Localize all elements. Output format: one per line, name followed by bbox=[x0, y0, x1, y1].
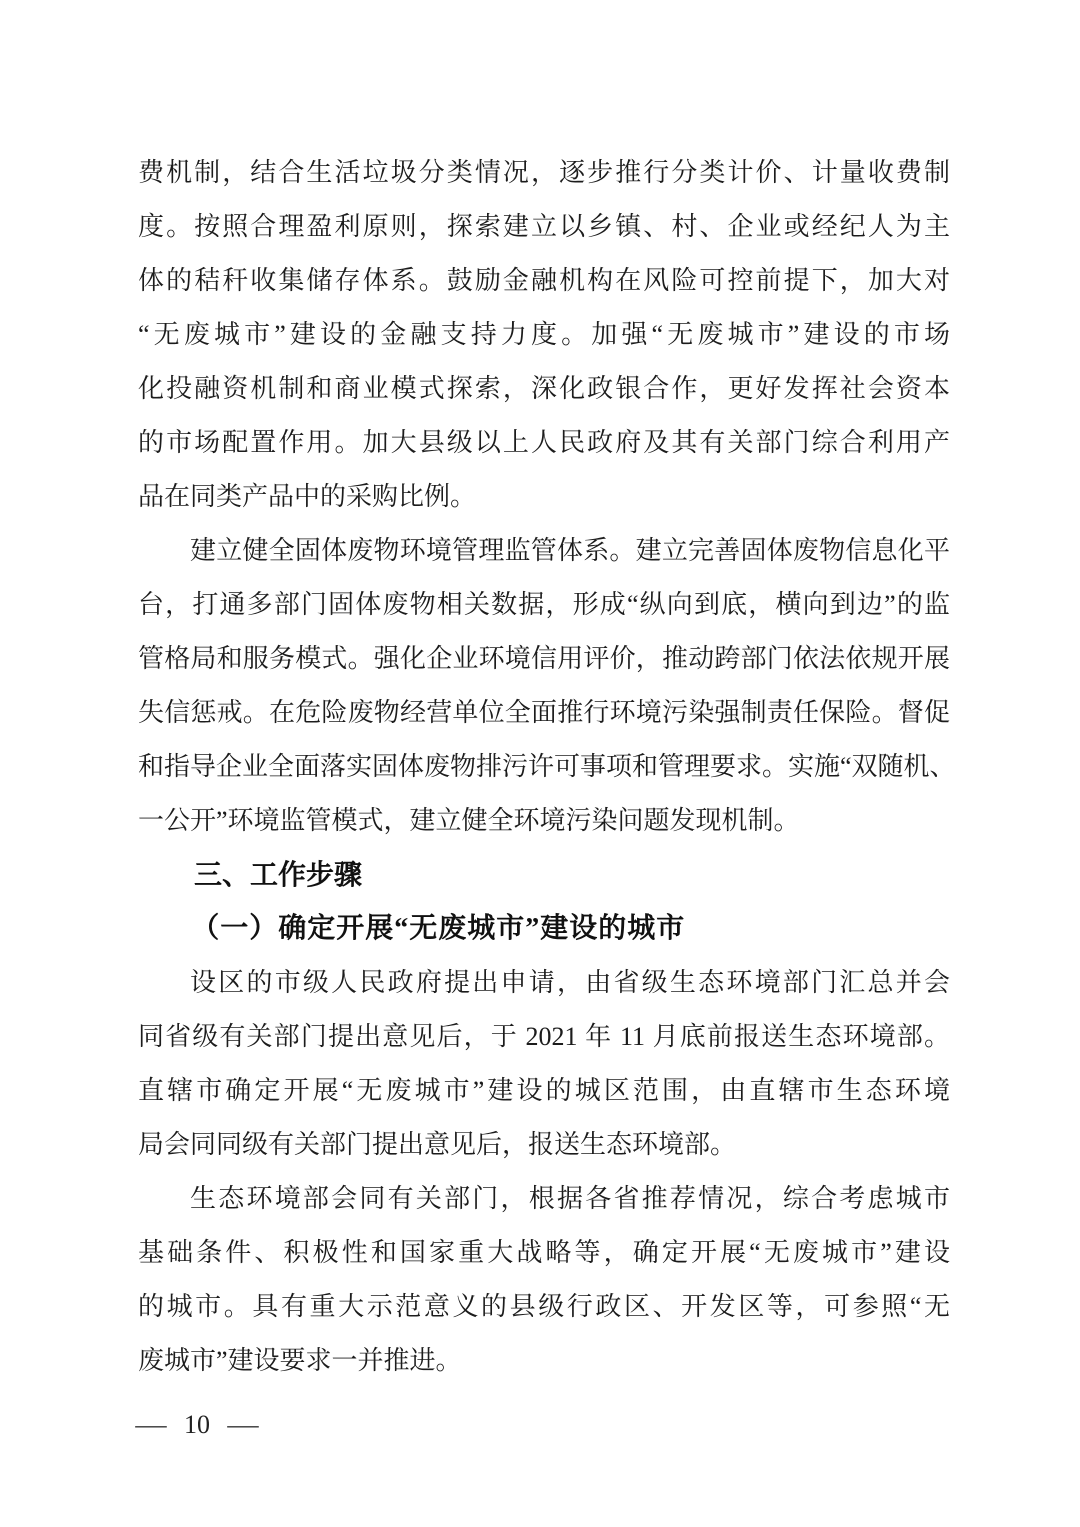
paragraph-ministry-selection: 生态环境部会同有关部门，根据各省推荐情况，综合考虑城市 基础条件、积极性和国家重… bbox=[138, 1172, 950, 1388]
paragraph-fees-mechanism: 费机制，结合生活垃圾分类情况，逐步推行分类计价、计量收费制 度。按照合理盈利原则… bbox=[138, 146, 950, 524]
section-heading-work-steps: 三、工作步骤 bbox=[138, 848, 950, 902]
page-number: 10 bbox=[180, 1398, 214, 1452]
text-line: 同省级有关部门提出意见后，于 2021 年 11 月底前报送生态环境部。 bbox=[138, 1010, 950, 1064]
text-line: “无废城市”建设的金融支持力度。加强“无废城市”建设的市场 bbox=[138, 308, 950, 362]
text-line: 生态环境部会同有关部门，根据各省推荐情况，综合考虑城市 bbox=[138, 1172, 950, 1226]
paragraph-city-application: 设区的市级人民政府提出申请，由省级生态环境部门汇总并会 同省级有关部门提出意见后… bbox=[138, 956, 950, 1172]
text-line: 化投融资机制和商业模式探索，深化政银合作，更好发挥社会资本 bbox=[138, 362, 950, 416]
text-line: 品在同类产品中的采购比例。 bbox=[138, 470, 950, 524]
text-line: 台，打通多部门固体废物相关数据，形成“纵向到底，横向到边”的监 bbox=[138, 578, 950, 632]
text-line: 管格局和服务模式。强化企业环境信用评价，推动跨部门依法依规开展 bbox=[138, 632, 950, 686]
text-line: 费机制，结合生活垃圾分类情况，逐步推行分类计价、计量收费制 bbox=[138, 146, 950, 200]
text-line: 基础条件、积极性和国家重大战略等，确定开展“无废城市”建设 bbox=[138, 1226, 950, 1280]
text-line: 的市场配置作用。加大县级以上人民政府及其有关部门综合利用产 bbox=[138, 416, 950, 470]
paragraph-supervision-system: 建立健全固体废物环境管理监管体系。建立完善固体废物信息化平 台，打通多部门固体废… bbox=[138, 524, 950, 848]
page-footer: — 10 — bbox=[138, 1398, 256, 1452]
text-line: 度。按照合理盈利原则，探索建立以乡镇、村、企业或经纪人为主 bbox=[138, 200, 950, 254]
footer-dash-right: — bbox=[227, 1398, 258, 1452]
text-line: 失信惩戒。在危险废物经营单位全面推行环境污染强制责任保险。督促 bbox=[138, 686, 950, 740]
text-line: 体的秸秆收集储存体系。鼓励金融机构在风险可控前提下，加大对 bbox=[138, 254, 950, 308]
text-line: 废城市”建设要求一并推进。 bbox=[138, 1334, 950, 1388]
document-page: 费机制，结合生活垃圾分类情况，逐步推行分类计价、计量收费制 度。按照合理盈利原则… bbox=[0, 0, 1080, 1527]
text-line: 一公开”环境监管模式，建立健全环境污染问题发现机制。 bbox=[138, 794, 950, 848]
text-line: 的城市。具有重大示范意义的县级行政区、开发区等，可参照“无 bbox=[138, 1280, 950, 1334]
text-line: 建立健全固体废物环境管理监管体系。建立完善固体废物信息化平 bbox=[138, 524, 950, 578]
text-line: 和指导企业全面落实固体废物排污许可事项和管理要求。实施“双随机、 bbox=[138, 740, 950, 794]
subsection-heading-determine-cities: （一）确定开展“无废城市”建设的城市 bbox=[138, 902, 950, 956]
text-line: 设区的市级人民政府提出申请，由省级生态环境部门汇总并会 bbox=[138, 956, 950, 1010]
document-body: 费机制，结合生活垃圾分类情况，逐步推行分类计价、计量收费制 度。按照合理盈利原则… bbox=[138, 146, 950, 1388]
text-line: 直辖市确定开展“无废城市”建设的城区范围，由直辖市生态环境 bbox=[138, 1064, 950, 1118]
text-line: 局会同同级有关部门提出意见后，报送生态环境部。 bbox=[138, 1118, 950, 1172]
footer-dash-left: — bbox=[135, 1398, 166, 1452]
